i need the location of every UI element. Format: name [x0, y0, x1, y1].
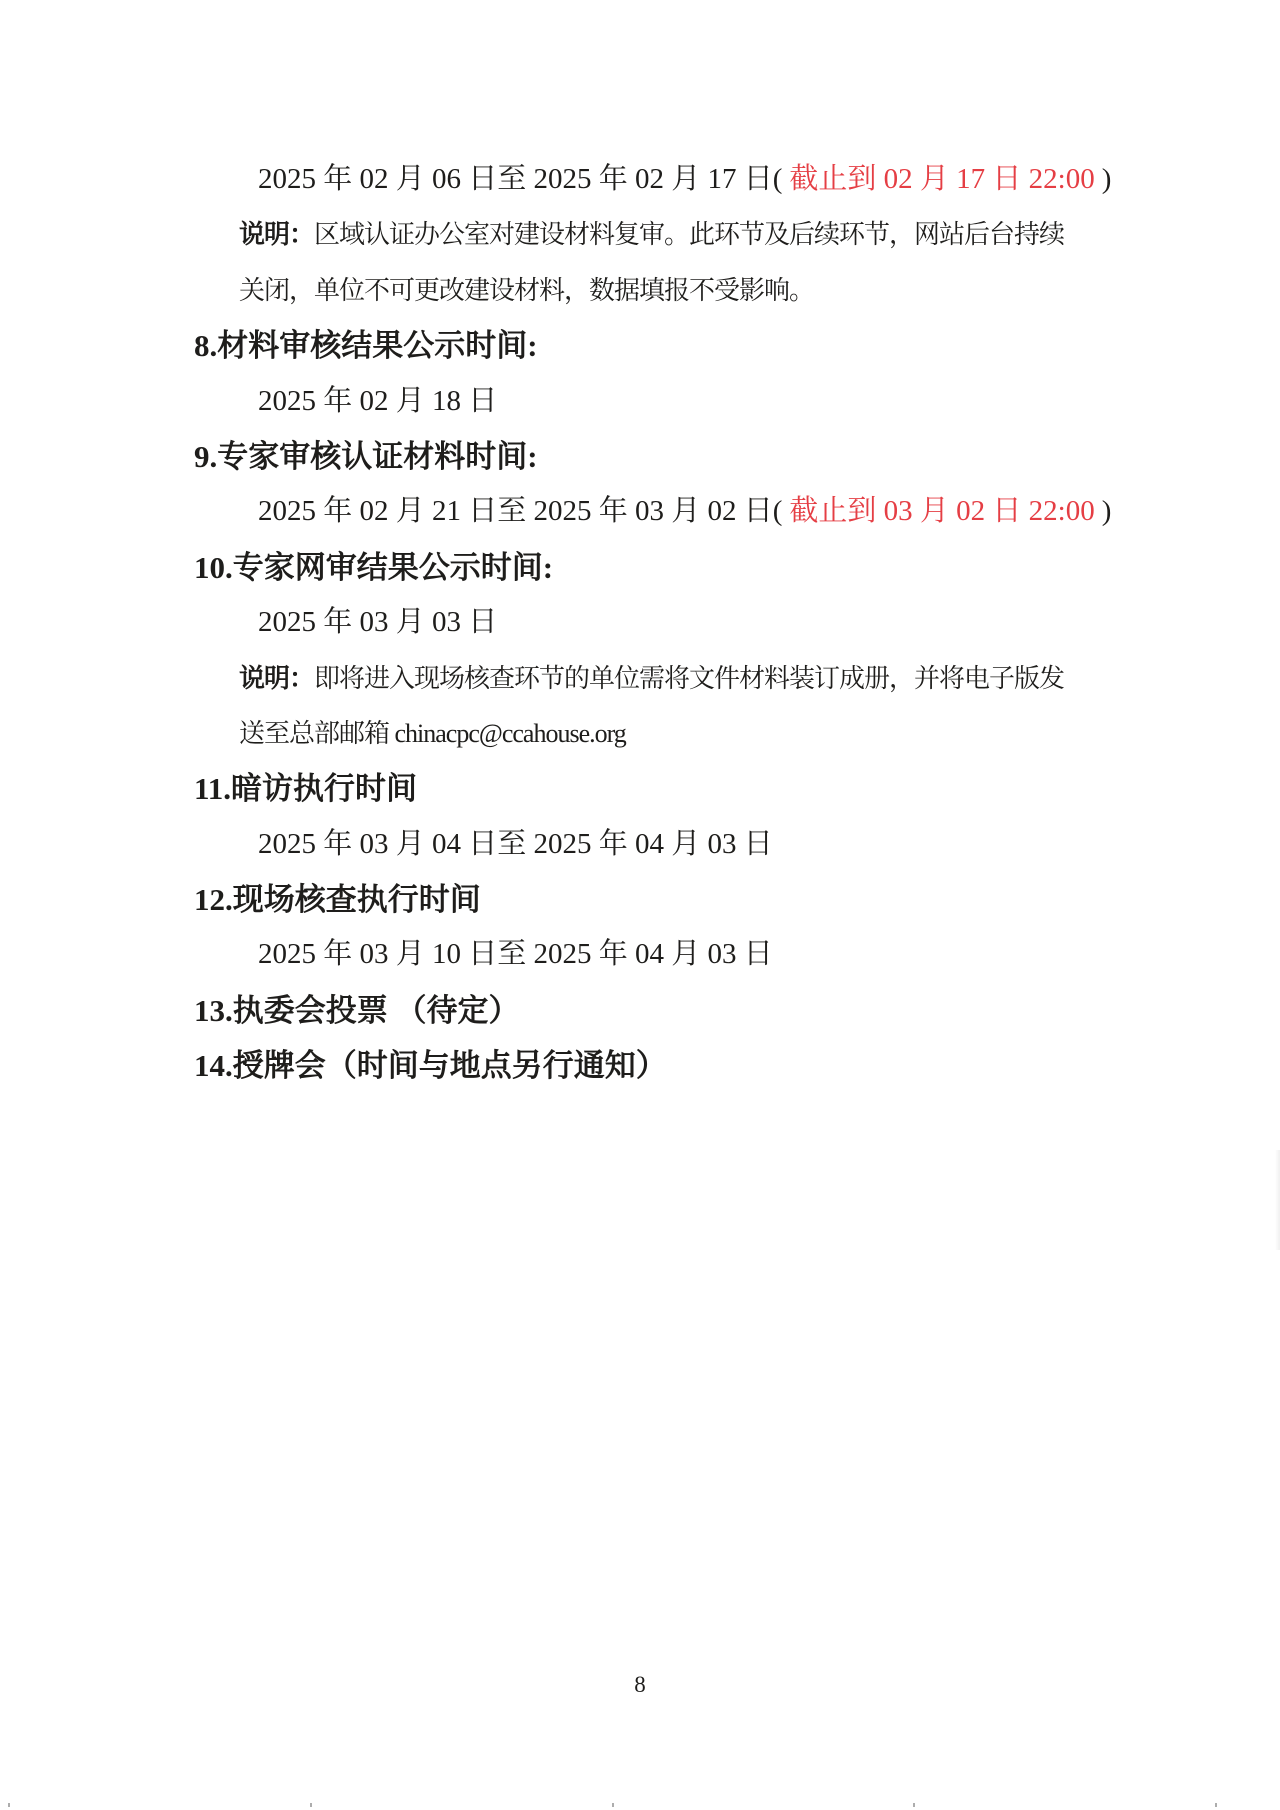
date-text: )	[1102, 163, 1112, 195]
section-heading-text: 13.执委会投票 （待定）	[194, 993, 520, 1028]
date-text: )	[1102, 495, 1112, 527]
deadline-red-text: 截止到 02 月 17 日 22:00	[789, 163, 1094, 195]
note-line: 说明：区域认证办公室对建设材料复审。此环节及后续环节，网站后台持续	[0, 207, 1280, 262]
note-text: 区域认证办公室对建设材料复审。此环节及后续环节，网站后台持续	[314, 220, 1064, 249]
note-text: 送至总部邮箱 chinacpc@ccahouse.org	[239, 719, 626, 748]
scan-speck	[310, 1803, 312, 1807]
document-page: 2025 年 02 月 06 日至 2025 年 02 月 17 日(截止到 0…	[0, 0, 1280, 1810]
date-line: 2025 年 02 月 18 日	[0, 374, 1280, 429]
scan-speck	[612, 1803, 614, 1807]
section-heading-text: 12.现场核查执行时间	[194, 882, 481, 917]
deadline-red-text: 截止到 03 月 02 日 22:00	[789, 495, 1094, 527]
section-heading-12: 12.现场核查执行时间	[0, 872, 1280, 927]
section-heading-14: 14.授牌会（时间与地点另行通知）	[0, 1038, 1280, 1093]
section-heading-text: 9.专家审核认证材料时间:	[194, 439, 538, 474]
section-heading-8: 8.材料审核结果公示时间:	[0, 318, 1280, 373]
date-line: 2025 年 02 月 06 日至 2025 年 02 月 17 日(截止到 0…	[0, 152, 1280, 207]
date-line: 2025 年 03 月 10 日至 2025 年 04 月 03 日	[0, 927, 1280, 982]
note-label: 说明：	[239, 220, 314, 249]
section-heading-text: 14.授牌会（时间与地点另行通知）	[194, 1048, 667, 1083]
document-body: 2025 年 02 月 06 日至 2025 年 02 月 17 日(截止到 0…	[0, 0, 1280, 1094]
section-heading-text: 10.专家网审结果公示时间:	[194, 550, 553, 585]
section-heading-text: 8.材料审核结果公示时间:	[194, 328, 538, 363]
section-heading-13: 13.执委会投票 （待定）	[0, 983, 1280, 1038]
date-text: 2025 年 02 月 18 日	[258, 385, 497, 417]
note-line: 关闭，单位不可更改建设材料，数据填报不受影响。	[0, 263, 1280, 318]
date-text: 2025 年 03 月 04 日至 2025 年 04 月 03 日	[258, 828, 773, 860]
date-line: 2025 年 03 月 04 日至 2025 年 04 月 03 日	[0, 817, 1280, 872]
scan-speck	[913, 1803, 915, 1807]
scan-speck	[8, 1803, 10, 1807]
section-heading-9: 9.专家审核认证材料时间:	[0, 429, 1280, 484]
note-label: 说明：	[239, 664, 314, 693]
note-line: 说明：即将进入现场核查环节的单位需将文件材料装订成册，并将电子版发	[0, 651, 1280, 706]
scan-speck	[1215, 1803, 1217, 1807]
date-text: 2025 年 02 月 21 日至 2025 年 03 月 02 日(	[258, 495, 782, 527]
date-text: 2025 年 03 月 03 日	[258, 606, 497, 638]
section-heading-10: 10.专家网审结果公示时间:	[0, 540, 1280, 595]
page-number: 8	[0, 1661, 1280, 1709]
note-text: 即将进入现场核查环节的单位需将文件材料装订成册，并将电子版发	[314, 664, 1064, 693]
date-text: 2025 年 02 月 06 日至 2025 年 02 月 17 日(	[258, 163, 782, 195]
section-heading-text: 11.暗访执行时间	[194, 771, 417, 806]
scan-edge-artifact	[1275, 1150, 1280, 1250]
note-line-email: 送至总部邮箱 chinacpc@ccahouse.org	[0, 706, 1280, 761]
section-heading-11: 11.暗访执行时间	[0, 761, 1280, 816]
date-text: 2025 年 03 月 10 日至 2025 年 04 月 03 日	[258, 938, 773, 970]
date-line: 2025 年 03 月 03 日	[0, 595, 1280, 650]
note-text: 关闭，单位不可更改建设材料，数据填报不受影响。	[239, 276, 814, 305]
date-line: 2025 年 02 月 21 日至 2025 年 03 月 02 日(截止到 0…	[0, 484, 1280, 539]
